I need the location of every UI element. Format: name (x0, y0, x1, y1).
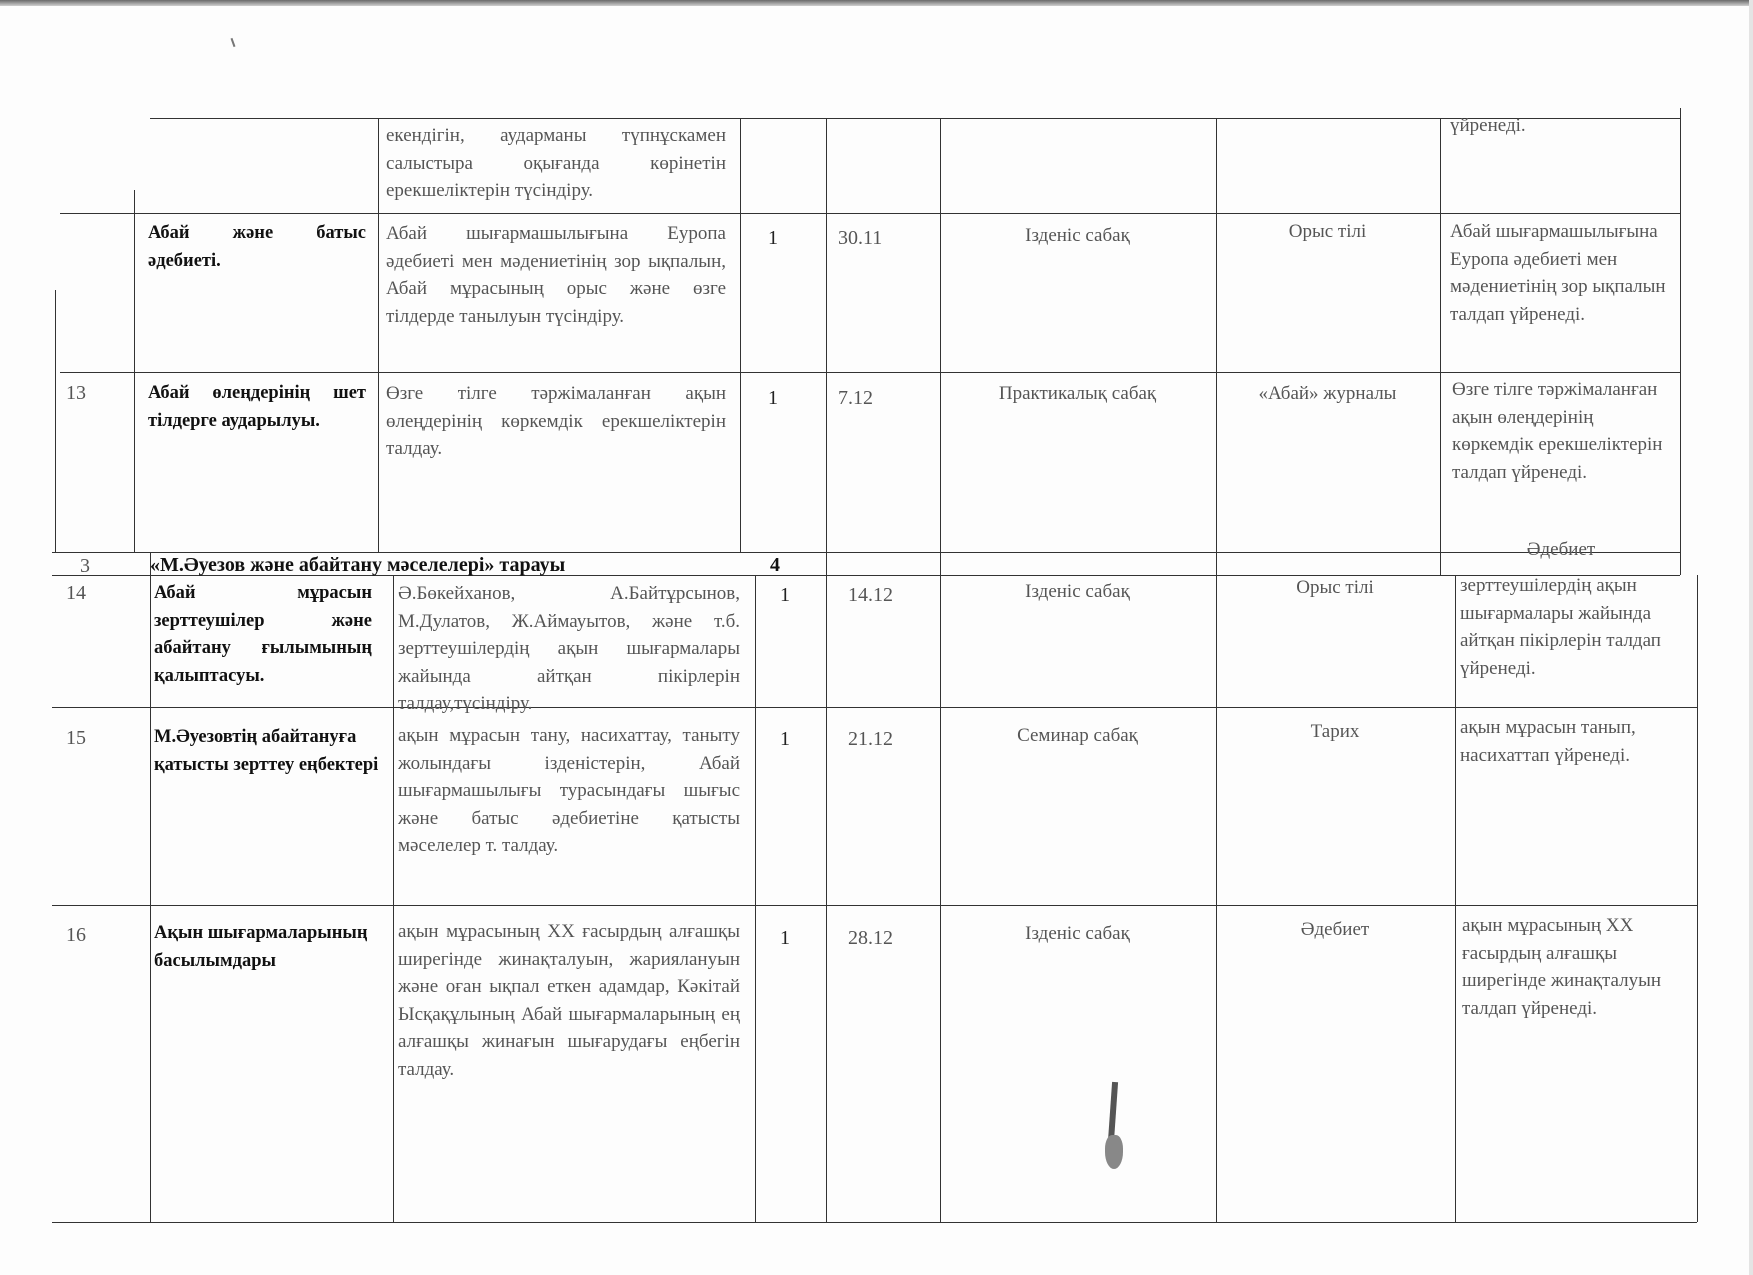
interdisciplinary-cell: «Абай» журналы (1220, 380, 1435, 408)
lesson-type-cell: Практикалық сабақ (945, 380, 1210, 408)
scan-speck (231, 38, 236, 47)
lesson-type-cell: Ізденіс сабақ (945, 920, 1210, 948)
topic-cell: Ақын шығармаларының басылымдары (154, 920, 379, 975)
scan-edge-right (1749, 0, 1753, 1275)
col-line (55, 290, 56, 552)
col-line (826, 118, 827, 1222)
col-line (1680, 108, 1681, 575)
outcome-cell: ақын мұрасының XX ғасырдың алғашқы ширег… (1462, 912, 1687, 1022)
topic-cell: М.Әуезовтің абайтануға қатысты зерттеу е… (154, 724, 379, 779)
row-line (52, 1222, 1697, 1223)
col-line (1455, 575, 1456, 1222)
date-cell: 30.11 (838, 225, 882, 253)
interdisciplinary-cell: Орыс тілі (1220, 574, 1450, 602)
col-line (393, 575, 394, 1222)
row-number: 16 (66, 922, 86, 950)
goal-cell: ақын мұрасын тану, насихаттау, таныту жо… (398, 722, 740, 860)
goal-cell: Абай шығармашылығына Еуропа әдебиеті мен… (386, 220, 726, 330)
hours-cell: 1 (768, 385, 778, 413)
outcome-cell: Абай шығармашылығына Еуропа әдебиеті мен… (1450, 218, 1670, 328)
goal-cell: Өзге тілге тәржімаланған ақын өлеңдеріні… (386, 380, 726, 463)
lesson-type-cell: Ізденіс сабақ (945, 578, 1210, 606)
section-outcome: Әдебиет (1445, 536, 1677, 564)
hours-cell: 1 (780, 726, 790, 754)
col-line (1440, 118, 1441, 575)
col-line (1216, 118, 1217, 1222)
section-title: «М.Әуезов және абайтану мәселелері» тара… (150, 552, 750, 580)
outcome-cell: үйренеді. (1450, 112, 1670, 140)
col-line (1697, 575, 1698, 1222)
goal-cell: Ә.Бөкейханов, А.Байтұрсынов, М.Дулатов, … (398, 580, 740, 718)
outcome-cell: ақын мұрасын танып, насихаттап үйренеді. (1460, 714, 1690, 769)
col-line (150, 552, 151, 1222)
col-line (940, 118, 941, 1222)
col-line (740, 118, 741, 552)
scan-edge-top (0, 0, 1753, 6)
lesson-type-cell: Семинар сабақ (945, 722, 1210, 750)
hours-cell: 1 (780, 582, 790, 610)
ink-blot (1105, 1135, 1123, 1169)
col-line (378, 118, 379, 552)
outcome-cell: зерттеушілердің ақын шығармалары жайында… (1460, 572, 1690, 682)
interdisciplinary-cell: Тарих (1220, 718, 1450, 746)
date-cell: 21.12 (848, 726, 893, 754)
topic-cell: Абай өлеңдерінің шет тілдерге аударылуы. (148, 380, 366, 435)
date-cell: 28.12 (848, 925, 893, 953)
outcome-cell: Өзге тілге тәржімаланған ақын өлеңдеріні… (1452, 376, 1674, 486)
col-line (134, 190, 135, 552)
date-cell: 7.12 (838, 385, 873, 413)
row-number: 15 (66, 725, 86, 753)
interdisciplinary-cell: Орыс тілі (1220, 218, 1435, 246)
section-hours: 4 (770, 552, 780, 580)
goal-cell: екендігін, аударманы түпнұскамен салысты… (386, 122, 726, 205)
topic-cell: Абай мұрасын зерттеушілер және абайтану … (154, 580, 372, 690)
col-line (755, 575, 756, 1222)
hours-cell: 1 (768, 225, 778, 253)
goal-cell: ақын мұрасының XX ғасырдың алғашқы ширег… (398, 918, 740, 1083)
row-number: 14 (66, 580, 86, 608)
lesson-type-cell: Ізденіс сабақ (945, 222, 1210, 250)
row-line (52, 707, 1697, 708)
topic-cell: Абай және батыс әдебиеті. (148, 220, 366, 275)
row-line (60, 213, 1680, 214)
row-number: 13 (66, 380, 86, 408)
interdisciplinary-cell: Әдебиет (1220, 916, 1450, 944)
row-line (60, 372, 1680, 373)
section-number: 3 (80, 553, 90, 581)
row-line (52, 905, 1697, 906)
hours-cell: 1 (780, 925, 790, 953)
ink-blot (1108, 1082, 1118, 1142)
date-cell: 14.12 (848, 582, 893, 610)
